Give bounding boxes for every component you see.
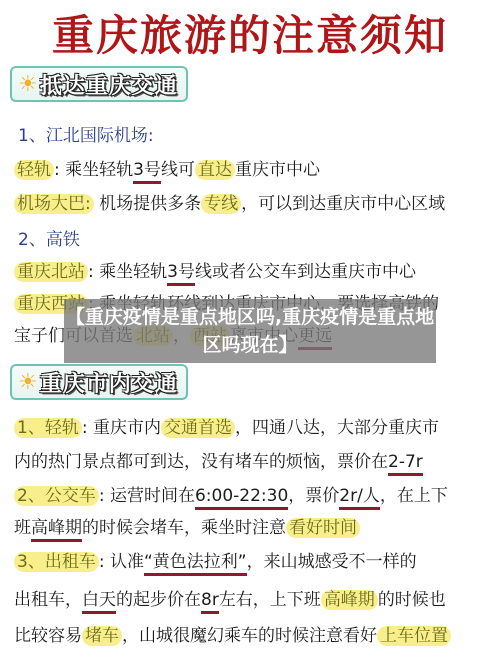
section-badge-arrival: ☀ 抵达重庆交通: [10, 66, 188, 102]
text: 的起步价在: [116, 590, 201, 610]
north-station-line: 重庆北站: 乘坐轻轨3号线或者公交车到达重庆市中心: [14, 260, 416, 284]
city-bus-line: 2、公交车: 运营时间在6:00-22:30，票价2r/人，在上下: [14, 484, 448, 508]
highlight-text: 看好时间: [286, 518, 360, 538]
underlined-text: 8r: [201, 590, 219, 614]
label-highlight: 重庆北站: [14, 262, 88, 282]
highlight-text: 直达: [195, 160, 235, 180]
text: 线或者公交车到达重庆市中心: [195, 262, 416, 282]
city-taxi-line: 3、出租车: 认准“黄色法拉利”，来山城感受不一样的: [14, 550, 417, 574]
text: 的时候会堵车，乘坐时注意: [82, 518, 286, 538]
city-taxi-line-3: 比较容易堵车，山城很魔幻乘车的时候注意看好上车位置: [14, 624, 451, 648]
hsr-heading: 2、高铁: [18, 228, 80, 252]
highlight-text: 专线: [201, 194, 241, 214]
text: 班: [14, 518, 31, 538]
label-highlight: 2、公交车: [14, 486, 99, 506]
text: ，票价: [288, 486, 339, 506]
text: ，在上下: [380, 486, 448, 506]
section-title: 抵达重庆交通: [40, 69, 178, 100]
label-highlight: 轻轨: [14, 160, 54, 180]
city-rail-line: 1、轻轨: 重庆市内交通首选，四通八达，大部分重庆市: [14, 416, 439, 440]
text: 出租车，: [14, 590, 82, 610]
text: 重庆市中心: [235, 160, 320, 180]
underlined-text: 6:00-22:30: [195, 486, 288, 510]
text: : 认准: [99, 552, 144, 572]
city-rail-line-2: 内的热门景点都可到达，没有堵车的烦恼，票价在2-7r: [14, 450, 423, 474]
airport-heading: 1、江北国际机场:: [18, 124, 154, 148]
overlay-caption: 【重庆疫情是重点地区吗,重庆疫情是重点地区吗现在】: [64, 299, 436, 363]
text: 的时候也: [378, 590, 446, 610]
underlined-text: 高峰期: [31, 518, 82, 542]
text: ，山城很魔幻乘车的时候注意看好: [122, 626, 377, 646]
text: 比较容易: [14, 626, 82, 646]
highlight-text: 交通首选: [161, 418, 235, 438]
airport-rail-line: 轻轨: 乘坐轻轨3号线可直达重庆市中心: [14, 158, 320, 182]
sun-icon: ☀: [18, 72, 38, 97]
section-badge-city: ☀ 重庆市内交通: [10, 364, 188, 400]
text: : 乘坐轻轨: [54, 160, 133, 180]
section-title: 重庆市内交通: [40, 367, 178, 398]
text: 内的热门景点都可到达，没有堵车的烦恼，票价在: [14, 452, 388, 472]
page-title: 重庆旅游的注意须知: [0, 8, 500, 64]
text: 机场提供多条: [94, 194, 201, 214]
airport-bus-line: 机场大巴: 机场提供多条专线，可以到达重庆市中心区域: [14, 192, 445, 216]
text: ，来山城感受不一样的: [247, 552, 417, 572]
highlight-text: 上车位置: [377, 626, 451, 646]
highlight-text: 高峰期: [321, 590, 378, 610]
text: 线可: [161, 160, 195, 180]
text: : 重庆市内: [82, 418, 161, 438]
underlined-text: 白天: [82, 590, 116, 614]
city-taxi-line-2: 出租车，白天的起步价在8r左右，上下班高峰期的时候也: [14, 588, 446, 612]
text: ，可以到达重庆市中心区域: [241, 194, 445, 214]
text: : 乘坐轻轨: [88, 262, 167, 282]
underlined-text: 3号: [133, 160, 161, 184]
text: : 运营时间在: [99, 486, 195, 506]
underlined-text: 3号: [167, 262, 195, 286]
underlined-text: 2r/人: [339, 486, 380, 510]
highlight-text: 堵车: [82, 626, 122, 646]
sun-icon: ☀: [18, 370, 38, 395]
label-highlight: 1、轻轨: [14, 418, 82, 438]
city-bus-line-2: 班高峰期的时候会堵车，乘坐时注意看好时间: [14, 516, 360, 540]
label-highlight: 3、出租车: [14, 552, 99, 572]
label-highlight: 机场大巴:: [14, 194, 94, 214]
underlined-text: 2-7r: [388, 452, 423, 476]
text: ，四通八达，大部分重庆市: [235, 418, 439, 438]
text: 左右，上下班: [219, 590, 321, 610]
underlined-text: “黄色法拉利”: [144, 552, 247, 576]
